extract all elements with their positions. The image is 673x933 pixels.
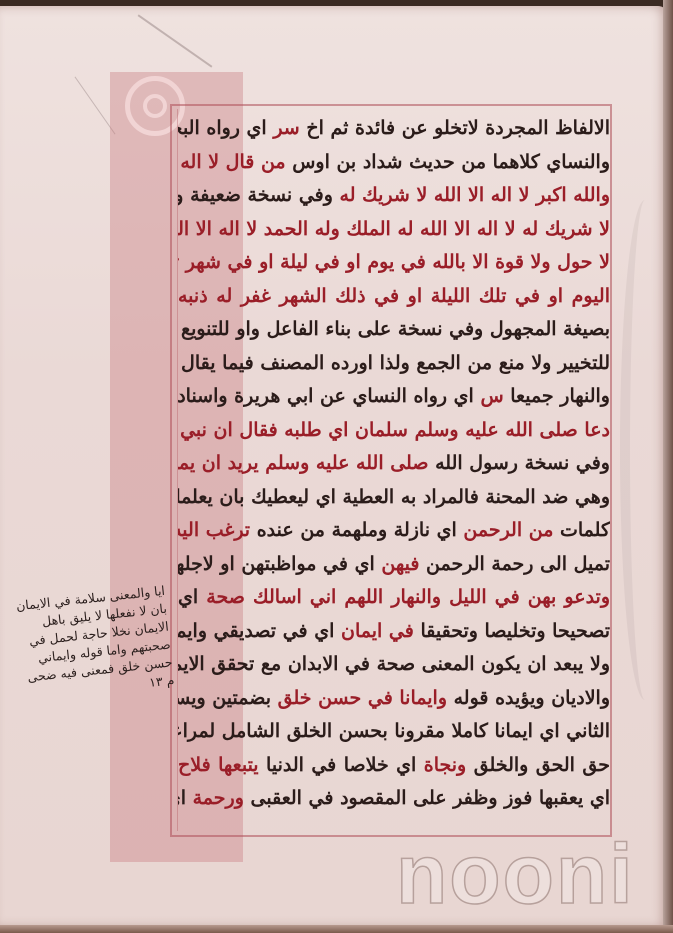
rubric-text: وتدعو بهن في الليل والنهار اللهم اني اسا… — [206, 586, 610, 608]
manuscript-line: والله اكبر لا اله الا الله لا شريك له وف… — [178, 179, 610, 213]
body-text: والنساي كلاهما من حديث شداد بن اوس — [286, 151, 610, 173]
rubric-text: والله اكبر — [530, 184, 611, 206]
body-text: اي — [178, 586, 206, 608]
body-text: اي نازلة وملهمة من عنده — [250, 519, 463, 541]
manuscript-line: والنهار جميعا س اي رواه النساي عن ابي هر… — [178, 380, 610, 414]
body-text: والاديان ويؤيده قوله — [447, 687, 610, 709]
rubric-text: من الرحمن — [463, 519, 553, 541]
rubric-text: اليوم او في تلك الليلة او في ذلك الشهر غ… — [178, 285, 610, 307]
manuscript-line: اليوم او في تلك الليلة او في ذلك الشهر غ… — [178, 280, 610, 314]
manuscript-line: الثاني اي ايمانا كاملا مقرونا بحسن الخلق… — [178, 715, 610, 749]
ink-bleed-through — [620, 200, 670, 700]
rubric-text: ورحمة — [193, 787, 244, 809]
manuscript-line: تميل الى رحمة الرحمن فيهن اي في مواظبتهن… — [178, 548, 610, 582]
body-text: اي رواه النساي عن ابي هريرة واسناده حسن — [178, 385, 480, 407]
manuscript-line: بصيغة المجهول وفي نسخة على بناء الفاعل و… — [178, 313, 610, 347]
manuscript-line: والاديان ويؤيده قوله وايمانا في حسن خلق … — [178, 682, 610, 716]
body-text: اي في مواظبتهن او لاجلهن او — [178, 553, 381, 575]
body-text: وهي ضد المحنة فالمراد به العطية اي ليعطي… — [178, 486, 610, 508]
manuscript-line: الالفاظ المجردة لاتخلو عن فائدة ثم اخ سر… — [178, 112, 610, 146]
main-text-block: الالفاظ المجردة لاتخلو عن فائدة ثم اخ سر… — [178, 112, 610, 832]
body-text: اي يعقبها فوز وظفر على المقصود في العقبى — [244, 787, 610, 809]
rubric-text: صلى الله عليه وسلم يريد ان يمنحك — [178, 452, 428, 474]
manuscript-line: دعا صلى الله عليه وسلم سلمان اي طلبه فقا… — [178, 414, 610, 448]
body-text: وفي نسخة ضعيفة وحده — [178, 184, 340, 206]
rubric-text: في ايمان — [341, 620, 414, 642]
body-text: الالفاظ المجردة لاتخلو عن فائدة ثم اخ — [300, 117, 610, 139]
rubric-text: ونجاة — [424, 754, 466, 776]
rubric-text: من قال لا اله الا الله — [178, 151, 286, 173]
rubric-text: يتبعها فلاح — [178, 754, 259, 776]
body-text: حق الحق والخلق — [466, 754, 610, 776]
manuscript-line: حق الحق والخلق ونجاة اي خلاصا في الدنيا … — [178, 749, 610, 783]
marginal-annotation: ايا والمعنى سلامة في الايمانبان لا نفعله… — [3, 582, 175, 706]
body-text: والنهار جميعا — [504, 385, 610, 407]
body-text: اي خلاصا في الدنيا — [259, 754, 424, 776]
body-text: بصيغة المجهول وفي نسخة على بناء الفاعل و… — [178, 318, 610, 340]
manuscript-line: لا حول ولا قوة الا بالله في يوم او في لي… — [178, 246, 610, 280]
manuscript-line: كلمات من الرحمن اي نازلة وملهمة من عنده … — [178, 514, 610, 548]
manuscript-line: وفي نسخة رسول الله صلى الله عليه وسلم ير… — [178, 447, 610, 481]
manuscript-line: ولا يبعد ان يكون المعنى صحة في الابدان م… — [178, 648, 610, 682]
rubric-text: سر — [273, 117, 299, 139]
body-text: تميل الى رحمة الرحمن — [419, 553, 610, 575]
rubric-text: فيهن — [381, 553, 419, 575]
manuscript-line: لا شريك له لا اله الا الله له الملك وله … — [178, 213, 610, 247]
body-text: اي رواه البخاري — [178, 117, 273, 139]
body-text: ولا يبعد ان يكون المعنى صحة في الابدان م… — [178, 653, 610, 675]
rubric-text: لا شريك له لا اله الا الله له الملك وله … — [178, 218, 610, 240]
body-text: وفي نسخة رسول الله — [428, 452, 610, 474]
rubric-text: س — [480, 385, 503, 407]
rubric-text: لا حول ولا قوة الا بالله في يوم او في لي… — [178, 251, 610, 273]
body-text: اي في تصديقي وايماني — [178, 620, 341, 642]
body-text: اي — [178, 787, 193, 809]
manuscript-line: وهي ضد المحنة فالمراد به العطية اي ليعطي… — [178, 481, 610, 515]
body-text: تصحيحا وتخليصا وتحقيقا — [414, 620, 610, 642]
manuscript-line: والنساي كلاهما من حديث شداد بن اوس من قا… — [178, 146, 610, 180]
body-text: الثاني اي ايمانا كاملا مقرونا بحسن الخلق… — [178, 720, 610, 742]
body-text: بضمتين ويسكن — [178, 687, 278, 709]
rubric-text: ترغب اليه — [178, 519, 250, 541]
rubric-text: دعا صلى الله عليه وسلم سلمان اي طلبه فقا… — [178, 419, 610, 441]
manuscript-line: للتخيير ولا منع من الجمع ولذا اورده المص… — [178, 347, 610, 381]
rubric-text: لا اله الا الله لا شريك له — [340, 184, 530, 206]
rubric-text: وايمانا في حسن خلق — [278, 687, 447, 709]
page-bottom-edge — [0, 925, 673, 933]
manuscript-line: تصحيحا وتخليصا وتحقيقا في ايمان اي في تص… — [178, 615, 610, 649]
manuscript-line: اي يعقبها فوز وظفر على المقصود في العقبى… — [178, 782, 610, 816]
body-text: كلمات — [553, 519, 610, 541]
manuscript-line: وتدعو بهن في الليل والنهار اللهم اني اسا… — [178, 581, 610, 615]
body-text: للتخيير ولا منع من الجمع ولذا اورده المص… — [178, 352, 610, 374]
watermark: nooni — [396, 826, 635, 923]
